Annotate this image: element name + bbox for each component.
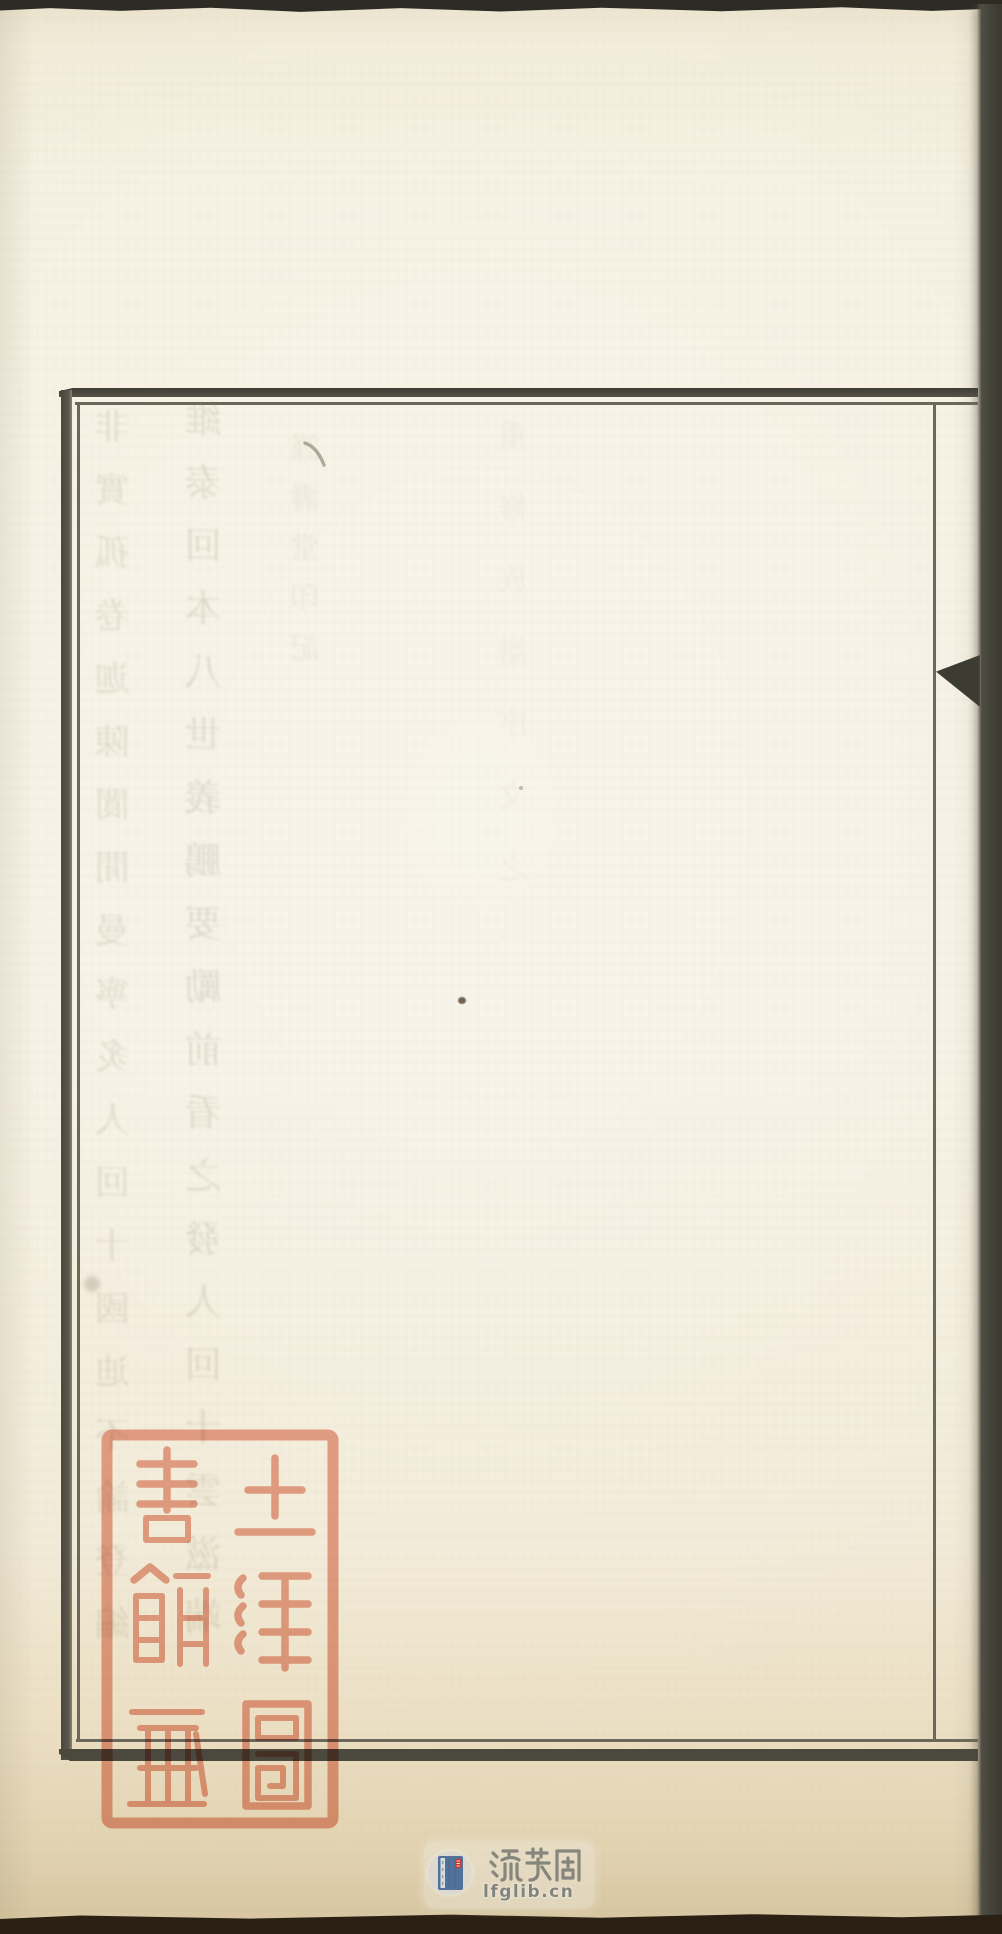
frame-right-rule xyxy=(933,404,936,1741)
frame-top-outer-rule xyxy=(59,388,978,397)
seal-character-guan xyxy=(134,1567,208,1664)
stitched-book-icon xyxy=(428,1851,472,1895)
watermark-logo-circle xyxy=(428,1851,472,1895)
frame-left-inner-rule xyxy=(77,403,80,1742)
seal-character-cang xyxy=(130,1712,205,1804)
seal-character-hai xyxy=(238,1576,308,1668)
seal-character-shang xyxy=(238,1458,312,1532)
right-page-edge xyxy=(977,4,1002,1934)
book-scan-page: 非實孤卷迦陳閬閒曼寧炙人回十國迪不諭登編 維泰回本八世義鵬要勵前看之發人回十雲滋… xyxy=(0,0,1002,1934)
frame-left-outer-rule xyxy=(61,390,72,1760)
watermark-domain: lfglib.cn xyxy=(483,1882,587,1902)
foxing-speck xyxy=(84,1276,100,1292)
watermark: lfglib.cn xyxy=(424,1842,594,1908)
bleedthrough-column: 重修族譜序文之一 xyxy=(502,420,532,996)
watermark-brand-glyphs xyxy=(482,1844,588,1884)
foxing-speck xyxy=(458,997,466,1004)
seal-character-tu xyxy=(246,1704,308,1806)
foxing-speck xyxy=(519,786,523,790)
ink-tick-mark xyxy=(303,440,329,470)
library-seal xyxy=(100,1428,340,1830)
seal-character-shu xyxy=(140,1450,194,1540)
